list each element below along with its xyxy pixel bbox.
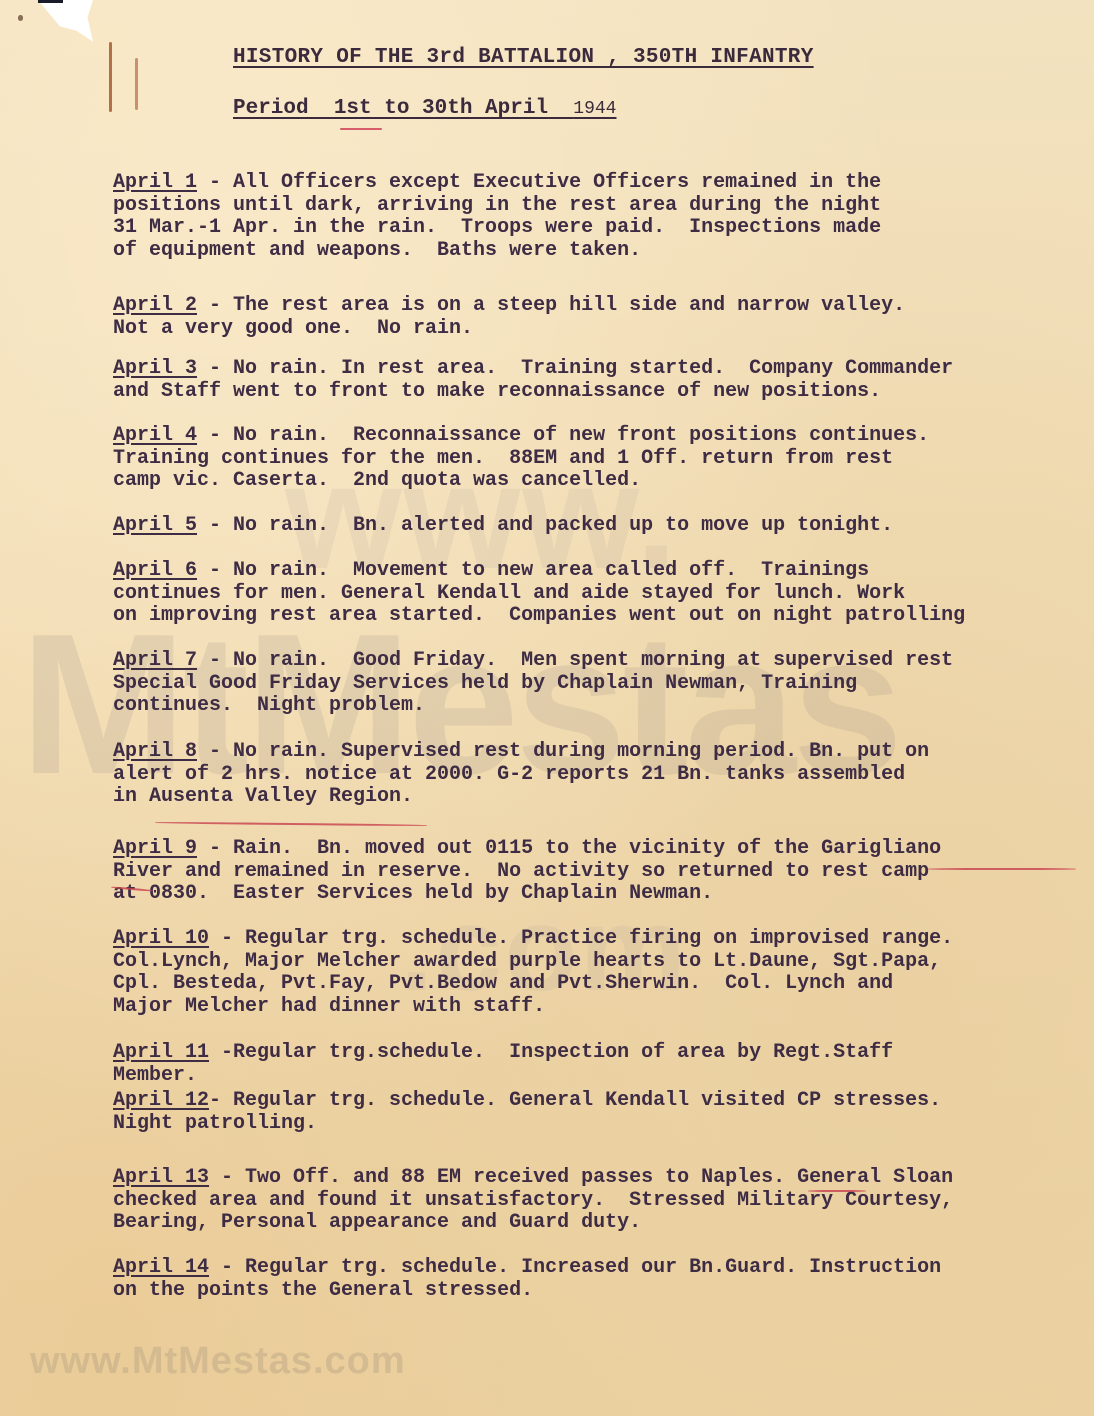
document-period: Period 1st to 30th April 1944 — [233, 97, 617, 120]
entry-text: Cpl. Besteda, Pvt.Fay, Pvt.Bedow and Pvt… — [113, 972, 893, 995]
entry-date: April 13 — [113, 1166, 209, 1189]
diary-entry: April 10 - Regular trg. schedule. Practi… — [113, 928, 1083, 1018]
entry-line: continues for men. General Kendall and a… — [113, 583, 1083, 606]
entry-line: positions until dark, arriving in the re… — [113, 195, 1083, 218]
entry-line: April 13 - Two Off. and 88 EM received p… — [113, 1167, 1083, 1190]
entry-line: on the points the General stressed. — [113, 1280, 1083, 1303]
entry-line: on improving rest area started. Companie… — [113, 605, 1083, 628]
entry-date: April 7 — [113, 649, 197, 672]
entry-line: 31 Mar.-1 Apr. in the rain. Troops were … — [113, 217, 1083, 240]
entry-text: - No rain. In rest area. Training starte… — [197, 357, 953, 380]
watermark-footer: www.MtMestas.com — [30, 1340, 406, 1383]
entry-line: April 9 - Rain. Bn. moved out 0115 to th… — [113, 838, 1083, 861]
entry-line: alert of 2 hrs. notice at 2000. G-2 repo… — [113, 764, 1083, 787]
entry-text: - No rain. Bn. alerted and packed up to … — [197, 514, 893, 537]
entry-date: April 3 — [113, 357, 197, 380]
staple-rust-mark — [135, 58, 138, 110]
entry-date: April 4 — [113, 424, 197, 447]
diary-entry: April 8 - No rain. Supervised rest durin… — [113, 741, 1083, 809]
staple-rust-mark — [109, 42, 112, 112]
entry-text: - Regular trg. schedule. Practice firing… — [209, 927, 953, 950]
entry-text: - No rain. Movement to new area called o… — [197, 559, 869, 582]
entry-line: April 5 - No rain. Bn. alerted and packe… — [113, 515, 1083, 538]
entry-text: Major Melcher had dinner with staff. — [113, 995, 545, 1018]
entry-text: - No rain. Good Friday. Men spent mornin… — [197, 649, 953, 672]
entry-text: Training continues for the men. 88EM and… — [113, 447, 893, 470]
entry-date: April 10 — [113, 927, 209, 950]
entry-date: April 5 — [113, 514, 197, 537]
entry-line: April 1 - All Officers except Executive … — [113, 172, 1083, 195]
document-page: www. MtMestas .com www.MtMestas.com HIST… — [0, 0, 1094, 1416]
entry-text: at 0830. Easter Services held by Chaplai… — [113, 882, 713, 905]
diary-entry: April 3 - No rain. In rest area. Trainin… — [113, 358, 1083, 403]
entry-text: - No rain. Reconnaissance of new front p… — [197, 424, 929, 447]
entry-text: Col.Lynch, Major Melcher awarded purple … — [113, 950, 941, 973]
red-pencil-mark — [340, 128, 382, 130]
entry-line: camp vic. Caserta. 2nd quota was cancell… — [113, 470, 1083, 493]
entry-text: - No rain. Supervised rest during mornin… — [197, 740, 929, 763]
entry-line: April 3 - No rain. In rest area. Trainin… — [113, 358, 1083, 381]
entry-line: April 12- Regular trg. schedule. General… — [113, 1090, 1083, 1113]
entry-line: Bearing, Personal appearance and Guard d… — [113, 1212, 1083, 1235]
corner-edge — [38, 0, 63, 3]
entry-line: April 7 - No rain. Good Friday. Men spen… — [113, 650, 1083, 673]
torn-corner — [38, 0, 93, 44]
entry-text: Bearing, Personal appearance and Guard d… — [113, 1211, 641, 1234]
diary-entry: April 6 - No rain. Movement to new area … — [113, 560, 1083, 628]
period-text: Period 1st to 30th April — [233, 97, 548, 120]
entry-date: April 8 — [113, 740, 197, 763]
entry-line: April 14 - Regular trg. schedule. Increa… — [113, 1257, 1083, 1280]
entry-text: Not a very good one. No rain. — [113, 317, 473, 340]
entry-text: on improving rest area started. Companie… — [113, 604, 965, 627]
entry-line: Night patrolling. — [113, 1113, 1083, 1136]
entry-line: April 6 - No rain. Movement to new area … — [113, 560, 1083, 583]
diary-entry: April 7 - No rain. Good Friday. Men spen… — [113, 650, 1083, 718]
entry-line: April 11 -Regular trg.schedule. Inspecti… — [113, 1042, 1083, 1065]
entry-line: Cpl. Besteda, Pvt.Fay, Pvt.Bedow and Pvt… — [113, 973, 1083, 996]
entry-text: - Regular trg. schedule. Increased our B… — [209, 1256, 941, 1279]
entry-text: of equipment and weapons. Baths were tak… — [113, 239, 641, 262]
entry-date: April 11 — [113, 1041, 209, 1064]
entry-text: - Two Off. and 88 EM received passes to … — [209, 1166, 953, 1189]
entry-line: April 2 - The rest area is on a steep hi… — [113, 295, 1083, 318]
entry-line: April 10 - Regular trg. schedule. Practi… — [113, 928, 1083, 951]
diary-entry: April 14 - Regular trg. schedule. Increa… — [113, 1257, 1083, 1302]
entry-text: and Staff went to front to make reconnai… — [113, 380, 881, 403]
diary-entry: April 9 - Rain. Bn. moved out 0115 to th… — [113, 838, 1083, 906]
entry-line: in Ausenta Valley Region. — [113, 786, 1083, 809]
entry-line: Not a very good one. No rain. — [113, 318, 1083, 341]
entry-date: April 1 — [113, 171, 197, 194]
diary-entry: April 12- Regular trg. schedule. General… — [113, 1090, 1083, 1135]
entry-text: Member. — [113, 1064, 197, 1087]
entry-text: continues for men. General Kendall and a… — [113, 582, 905, 605]
entry-text: River and remained in reserve. No activi… — [113, 860, 929, 883]
entry-date: April 6 — [113, 559, 197, 582]
entry-text: camp vic. Caserta. 2nd quota was cancell… — [113, 469, 641, 492]
entry-line: at 0830. Easter Services held by Chaplai… — [113, 883, 1083, 906]
entry-text: - All Officers except Executive Officers… — [197, 171, 881, 194]
entry-text: 31 Mar.-1 Apr. in the rain. Troops were … — [113, 216, 881, 239]
diary-entry: April 1 - All Officers except Executive … — [113, 172, 1083, 262]
entry-line: April 8 - No rain. Supervised rest durin… — [113, 741, 1083, 764]
entry-text: on the points the General stressed. — [113, 1279, 533, 1302]
entry-date: April 14 — [113, 1256, 209, 1279]
entry-text: alert of 2 hrs. notice at 2000. G-2 repo… — [113, 763, 905, 786]
diary-entry: April 5 - No rain. Bn. alerted and packe… — [113, 515, 1083, 538]
paper-speck — [18, 15, 23, 21]
entry-date: April 12 — [113, 1089, 209, 1112]
entry-date: April 9 — [113, 837, 197, 860]
entry-text: continues. Night problem. — [113, 694, 425, 717]
document-title: HISTORY OF THE 3rd BATTALION , 350TH INF… — [233, 46, 814, 69]
entry-text: - Rain. Bn. moved out 0115 to the vicini… — [197, 837, 941, 860]
red-pencil-underline — [928, 868, 1076, 870]
red-pencil-underline — [808, 1190, 866, 1192]
entry-text: positions until dark, arriving in the re… — [113, 194, 881, 217]
entry-text: Night patrolling. — [113, 1112, 317, 1135]
entry-text: - Regular trg. schedule. General Kendall… — [209, 1089, 941, 1112]
entry-line: Special Good Friday Services held by Cha… — [113, 673, 1083, 696]
entry-text: in Ausenta Valley Region. — [113, 785, 413, 808]
entry-line: continues. Night problem. — [113, 695, 1083, 718]
entry-line: River and remained in reserve. No activi… — [113, 861, 1083, 884]
entry-date: April 2 — [113, 294, 197, 317]
entry-line: April 4 - No rain. Reconnaissance of new… — [113, 425, 1083, 448]
entry-text: Special Good Friday Services held by Cha… — [113, 672, 857, 695]
period-year: 1944 — [573, 99, 616, 119]
entry-line: checked area and found it unsatisfactory… — [113, 1190, 1083, 1213]
entry-line: and Staff went to front to make reconnai… — [113, 381, 1083, 404]
diary-entry: April 11 -Regular trg.schedule. Inspecti… — [113, 1042, 1083, 1087]
red-pencil-underline — [155, 822, 427, 827]
diary-entry: April 2 - The rest area is on a steep hi… — [113, 295, 1083, 340]
entry-line: Major Melcher had dinner with staff. — [113, 996, 1083, 1019]
diary-entry: April 4 - No rain. Reconnaissance of new… — [113, 425, 1083, 493]
entry-text: -Regular trg.schedule. Inspection of are… — [209, 1041, 893, 1064]
diary-entry: April 13 - Two Off. and 88 EM received p… — [113, 1167, 1083, 1235]
entry-line: Training continues for the men. 88EM and… — [113, 448, 1083, 471]
entry-line: of equipment and weapons. Baths were tak… — [113, 240, 1083, 263]
entry-line: Col.Lynch, Major Melcher awarded purple … — [113, 951, 1083, 974]
entry-line: Member. — [113, 1065, 1083, 1088]
entry-text: - The rest area is on a steep hill side … — [197, 294, 905, 317]
